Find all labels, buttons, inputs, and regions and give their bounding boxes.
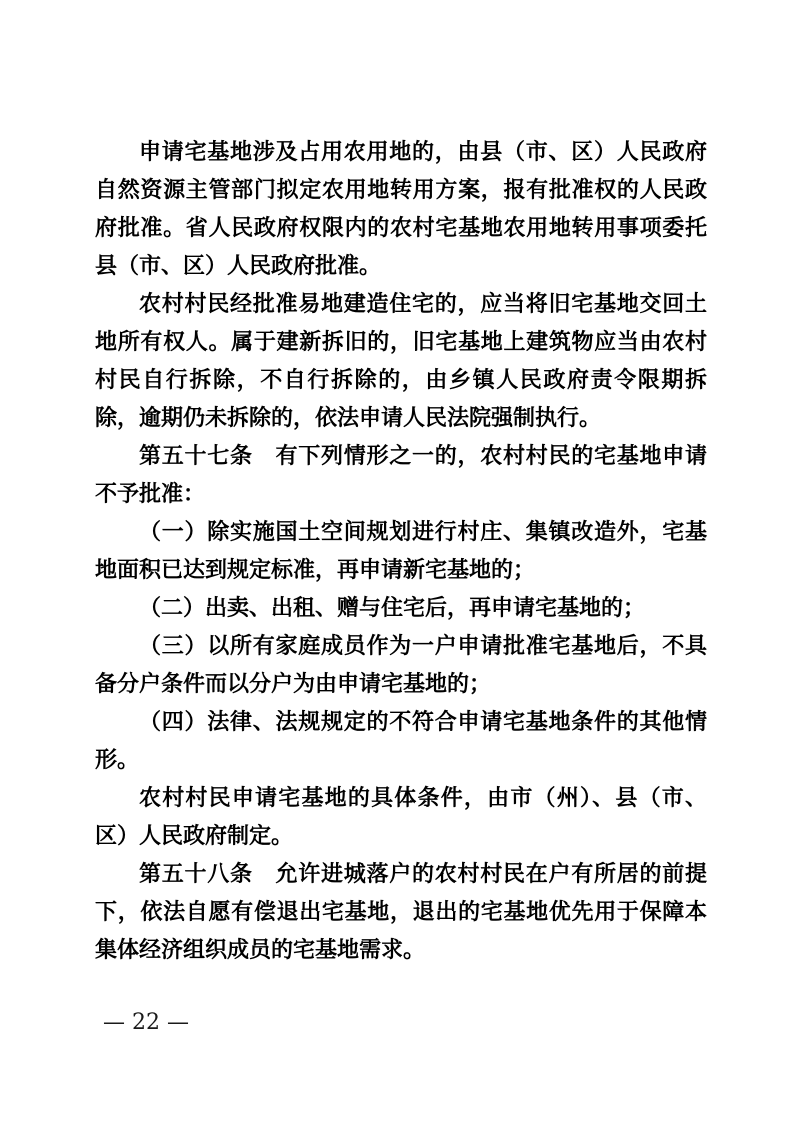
para-specific-conditions: 农村村民申请宅基地的具体条件，由市（州）、县（市、区）人民政府制定。 bbox=[95, 780, 707, 856]
page-footer: — 22 — bbox=[103, 1008, 189, 1038]
article-57-item-1: （一）除实施国土空间规划进行村庄、集镇改造外，宅基地面积已达到规定标准，再申请新… bbox=[95, 514, 707, 590]
article-57-item-2: （二）出卖、出租、赠与住宅后，再申请宅基地的； bbox=[95, 590, 707, 628]
article-57-item-4: （四）法律、法规规定的不符合申请宅基地条件的其他情形。 bbox=[95, 704, 707, 780]
para-agri-land-conversion-approval: 申请宅基地涉及占用农用地的，由县（市、区）人民政府自然资源主管部门拟定农用地转用… bbox=[95, 134, 707, 286]
document-body: 申请宅基地涉及占用农用地的，由县（市、区）人民政府自然资源主管部门拟定农用地转用… bbox=[95, 134, 707, 970]
para-old-homestead-return: 农村村民经批准易地建造住宅的，应当将旧宅基地交回土地所有权人。属于建新拆旧的，旧… bbox=[95, 286, 707, 438]
article-57-intro: 第五十七条 有下列情形之一的，农村村民的宅基地申请不予批准： bbox=[95, 438, 707, 514]
article-57-item-3: （三）以所有家庭成员作为一户申请批准宅基地后，不具备分户条件而以分户为由申请宅基… bbox=[95, 628, 707, 704]
page-number: — 22 — bbox=[103, 1010, 189, 1035]
document-page: 申请宅基地涉及占用农用地的，由县（市、区）人民政府自然资源主管部门拟定农用地转用… bbox=[0, 0, 793, 1122]
article-58: 第五十八条 允许进城落户的农村村民在户有所居的前提下，依法自愿有偿退出宅基地，退… bbox=[95, 856, 707, 970]
